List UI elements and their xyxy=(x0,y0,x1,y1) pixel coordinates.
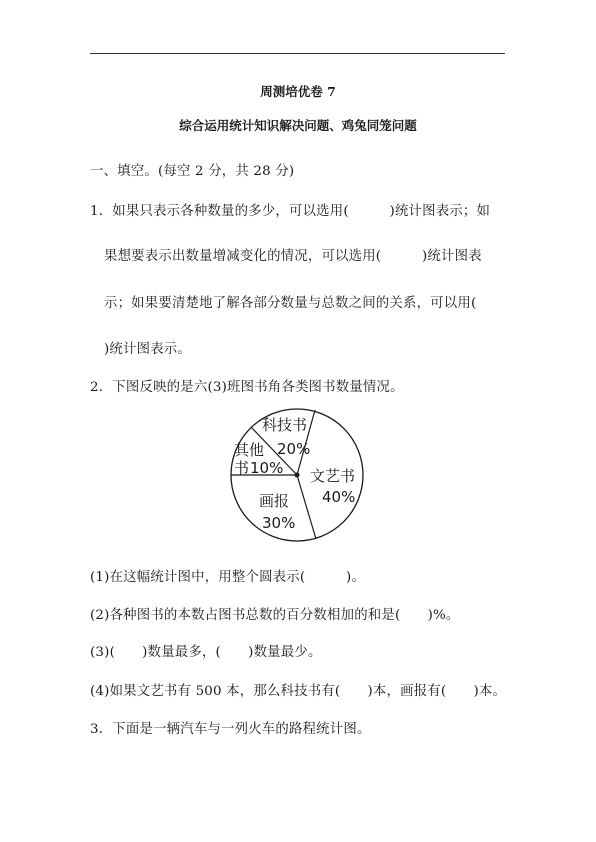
pie-center-dot xyxy=(295,473,300,478)
slice-label-huabao: 画报 xyxy=(259,492,289,510)
slice-label-wenyi: 文艺书 xyxy=(310,467,355,485)
slice-label-qita: 其他 xyxy=(234,441,264,459)
q2-sub-2: (2)各种图书的本数占图书总数的百分数相加的和是( )%。 xyxy=(90,604,460,623)
worksheet-title: 周测培优卷 7 xyxy=(0,82,596,100)
header-rule xyxy=(90,53,505,54)
q2-sub-3: (3)( )数量最多，( )数量最少。 xyxy=(90,641,322,660)
slice-pct-qita: 10% xyxy=(250,459,283,477)
slice-label-qita-2: 书 xyxy=(234,459,249,477)
q2-sub-4: (4)如果文艺书有 500 本，那么科技书有( )本，画报有( )本。 xyxy=(90,680,506,699)
q3-intro: 3．下面是一辆汽车与一列火车的路程统计图。 xyxy=(90,718,371,737)
q2-sub-1: (1)在这幅统计图中，用整个圆表示( )。 xyxy=(90,566,365,585)
q1-line-3: 示；如果要清楚地了解各部分数量与总数之间的关系，可以用( xyxy=(104,292,476,311)
section-heading: 一、填空。(每空 2 分，共 28 分) xyxy=(90,160,294,179)
pie-chart: 科技书 20% 文艺书 40% 画报 30% 其他 书 10% xyxy=(225,402,371,548)
slice-pct-keji: 20% xyxy=(277,440,310,458)
slice-label-keji: 科技书 xyxy=(262,416,307,434)
slice-pct-wenyi: 40% xyxy=(322,488,355,506)
q1-line-2: 果想要表示出数量增减变化的情况，可以选用( )统计图表 xyxy=(104,245,482,264)
q2-intro: 2．下图反映的是六(3)班图书角各类图书数量情况。 xyxy=(90,376,404,395)
q1-line-4: )统计图表示。 xyxy=(104,338,191,357)
q1-line-1: 1．如果只表示各种数量的多少，可以选用( )统计图表示；如 xyxy=(90,200,490,219)
worksheet-subtitle: 综合运用统计知识解决问题、鸡兔同笼问题 xyxy=(0,116,596,134)
slice-pct-huabao: 30% xyxy=(262,514,295,532)
